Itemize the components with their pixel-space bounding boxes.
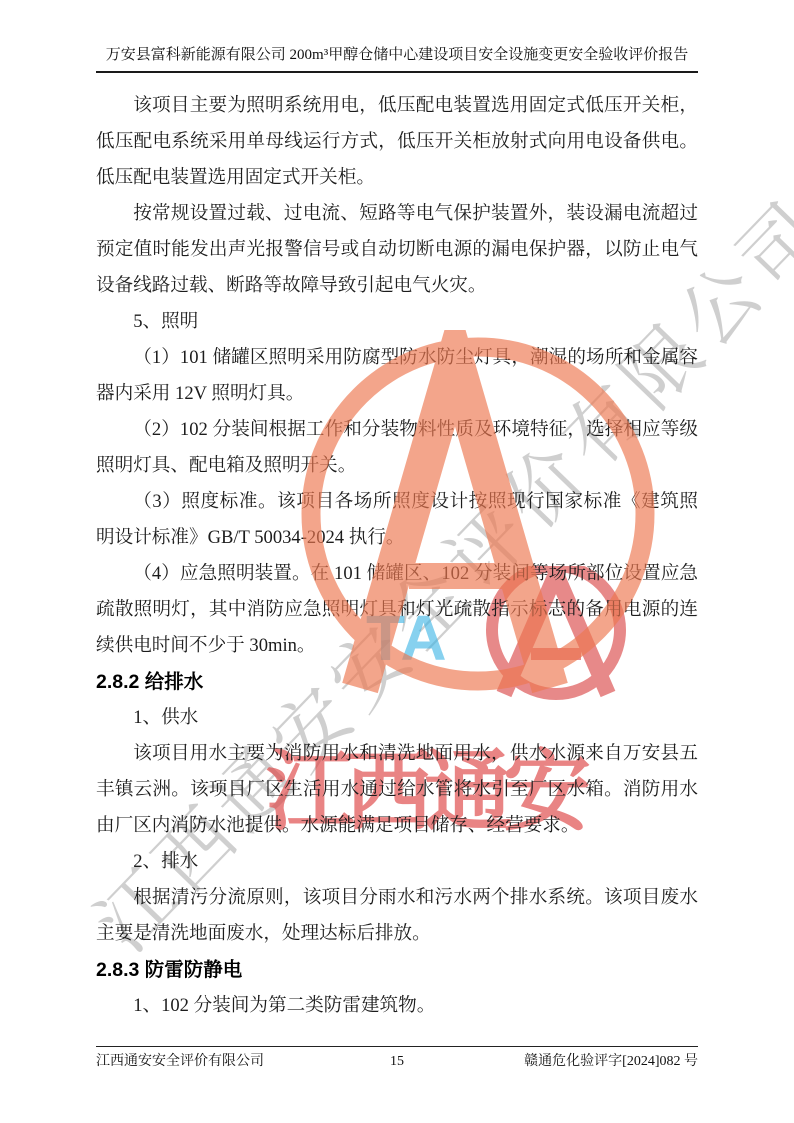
paragraph: 该项目主要为照明系统用电，低压配电装置选用固定式低压开关柜，低压配电系统采用单母… xyxy=(96,88,698,196)
footer-doc-number: 赣通危化验评字[2024]082 号 xyxy=(404,1050,698,1070)
footer-company: 江西通安安全评价有限公司 xyxy=(96,1050,390,1070)
paragraph: （4）应急照明装置。在 101 储罐区、102 分装间等场所部位设置应急疏散照明… xyxy=(96,556,698,664)
section-heading: 2.8.3 防雷防静电 xyxy=(96,952,698,988)
header-title: 万安县富科新能源有限公司 200m³甲醇仓储中心建设项目安全设施变更安全验收评价… xyxy=(106,47,688,63)
paragraph: 1、供水 xyxy=(96,700,698,736)
section-heading: 2.8.2 给排水 xyxy=(96,664,698,700)
paragraph: （1）101 储罐区照明采用防腐型防水防尘灯具，潮湿的场所和金属容器内采用 12… xyxy=(96,340,698,412)
footer-page-number: 15 xyxy=(390,1054,404,1070)
header-rule xyxy=(96,71,698,73)
paragraph: （3）照度标准。该项目各场所照度设计按照现行国家标准《建筑照明设计标准》GB/T… xyxy=(96,484,698,556)
paragraph: （2）102 分装间根据工作和分装物料性质及环境特征，选择相应等级照明灯具、配电… xyxy=(96,412,698,484)
page-header: 万安县富科新能源有限公司 200m³甲醇仓储中心建设项目安全设施变更安全验收评价… xyxy=(60,44,734,66)
paragraph: 1、102 分装间为第二类防雷建筑物。 xyxy=(96,988,698,1024)
page-footer: 江西通安安全评价有限公司 15 赣通危化验评字[2024]082 号 xyxy=(96,1050,698,1070)
paragraph: 根据清污分流原则，该项目分雨水和污水两个排水系统。该项目废水主要是清洗地面废水，… xyxy=(96,880,698,952)
document-page: 江西通安安全评价有限公司 江西通安 万安县富科新能源有限公司 200m³甲醇仓储… xyxy=(0,0,794,1123)
paragraph: 2、排水 xyxy=(96,844,698,880)
body: 该项目主要为照明系统用电，低压配电装置选用固定式低压开关柜，低压配电系统采用单母… xyxy=(96,88,698,1024)
paragraph: 5、照明 xyxy=(96,304,698,340)
footer-rule xyxy=(96,1046,698,1047)
paragraph: 该项目用水主要为消防用水和清洗地面用水，供水水源来自万安县五丰镇云洲。该项目厂区… xyxy=(96,736,698,844)
paragraph: 按常规设置过载、过电流、短路等电气保护装置外，装设漏电流超过预定值时能发出声光报… xyxy=(96,196,698,304)
